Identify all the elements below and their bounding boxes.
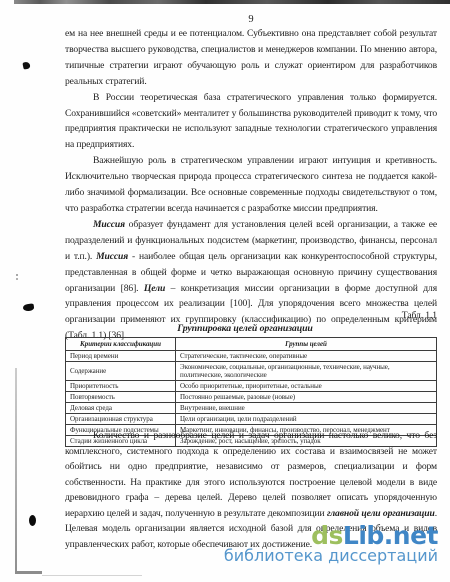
table-cell: Повторяемость xyxy=(66,392,176,403)
scan-artifact-blob xyxy=(29,515,36,526)
term-glavnaya-tsel: главной цели организации xyxy=(327,508,435,519)
table-header-row: Критерии классификации Группы целей xyxy=(66,338,437,351)
scan-artifact-blob xyxy=(23,303,35,311)
scan-artifact-dot xyxy=(16,278,18,280)
scan-artifact-blob xyxy=(22,61,30,69)
table-row: ПовторяемостьПостоянно решаемые, разовые… xyxy=(66,392,437,403)
table-row: Период времениСтратегические, тактически… xyxy=(66,351,437,362)
table-cell: Особо приоритетные, приоритетные, осталь… xyxy=(176,381,437,392)
term-missiya: Миссия xyxy=(96,251,128,262)
paragraph-text: Количество и разнообразие целей и задач … xyxy=(65,430,437,519)
page-number: 9 xyxy=(65,14,437,25)
table-row: Организационная структураЦели организаци… xyxy=(66,414,437,425)
scan-artifact-faint-line xyxy=(42,575,142,576)
table-cell: Деловая среда xyxy=(66,403,176,414)
table-cell: Постоянно решаемые, разовые (новые) xyxy=(176,392,437,403)
paragraph: В России теоретическая база стратегическ… xyxy=(65,90,437,154)
table-cell: Приоритетность xyxy=(66,381,176,392)
table-row: Деловая средаВнутренние, внешние xyxy=(66,403,437,414)
table-cell: Внутренние, внешние xyxy=(176,403,437,414)
table-cell: Цели организации, цели подразделений xyxy=(176,414,437,425)
document-page: 9 ем на нее внешней среды и ее потенциал… xyxy=(0,0,450,582)
paragraph: ем на нее внешней среды и ее потенциалом… xyxy=(65,26,437,90)
table-cell: Организационная структура xyxy=(66,414,176,425)
column-header-groups: Группы целей xyxy=(176,338,437,351)
table-cell: Период времени xyxy=(66,351,176,362)
paragraph: Важнейшую роль в стратегическом управлен… xyxy=(65,153,437,217)
term-tseli: Цели xyxy=(144,283,165,294)
dslib-subtitle: библиотека диссертаций xyxy=(224,547,438,565)
body-text-upper: ем на нее внешней среды и ее потенциалом… xyxy=(65,26,437,344)
table-caption: Табл. 1.1 xyxy=(65,310,437,321)
paragraph-text: ем на нее внешней среды и ее потенциалом… xyxy=(65,28,437,87)
table-title: Группировка целей организации xyxy=(65,323,425,334)
table-row: СодержаниеЭкономические, социальные, орг… xyxy=(66,362,437,381)
table-row: ПриоритетностьОсобо приоритетные, приори… xyxy=(66,381,437,392)
scan-artifact-top-edge xyxy=(14,0,450,4)
dslib-watermark: dsLib.net библиотека диссертаций xyxy=(224,523,438,565)
table-cell: Содержание xyxy=(66,362,176,381)
scan-artifact-page-edge-line xyxy=(15,368,17,572)
table-cell: Экономические, социальные, организационн… xyxy=(176,362,437,381)
column-header-criteria: Критерии классификации xyxy=(66,338,176,351)
paragraph-text: Важнейшую роль в стратегическом управлен… xyxy=(65,155,437,214)
scan-artifact-page-corner xyxy=(15,571,42,574)
term-missiya: Миссия xyxy=(93,219,125,230)
scan-artifact-dot xyxy=(16,274,18,276)
table-cell: Стратегические, тактические, оперативные xyxy=(176,351,437,362)
paragraph-text: В России теоретическая база стратегическ… xyxy=(65,92,437,151)
